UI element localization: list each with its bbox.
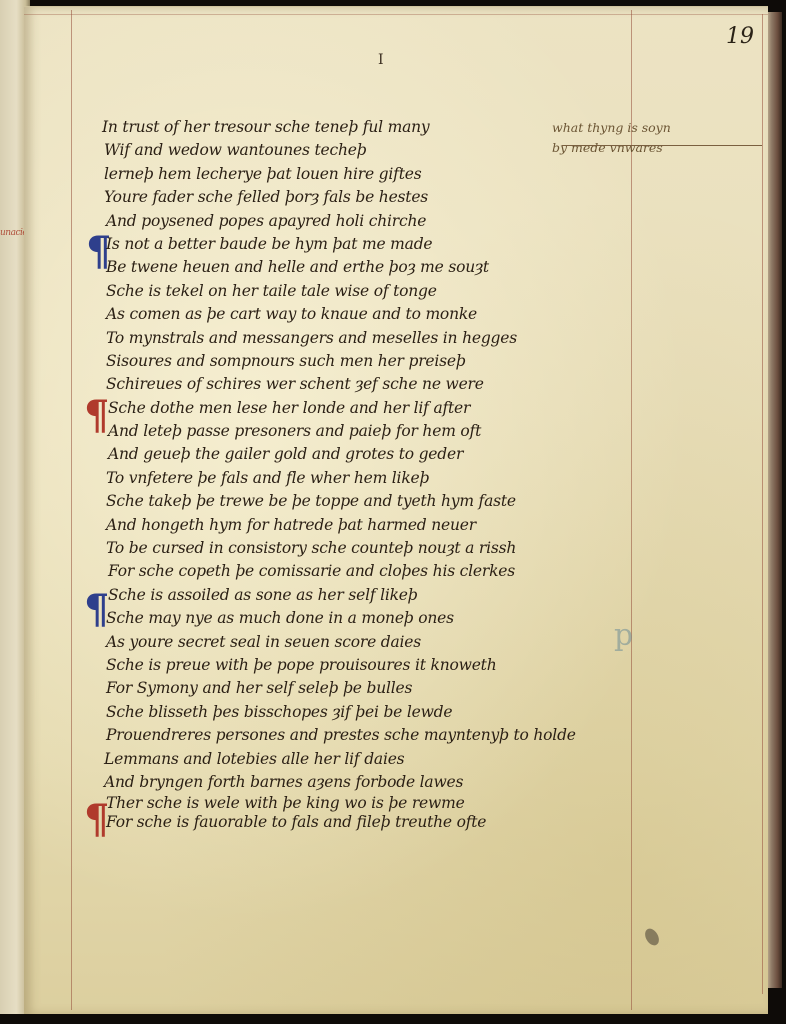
- verse-line: Youre fader sche felled þorȝ fals be hes…: [100, 186, 660, 209]
- quire-mark: I: [378, 52, 384, 68]
- verse-line: Sisoures and sompnours such men her prei…: [100, 350, 660, 373]
- verse-line: And geueþ the gailer gold and grotes to …: [100, 443, 660, 466]
- verse-line: Is not a better baude be hym þat me made: [100, 233, 660, 256]
- verse-line: Be twene heuen and helle and erthe þoȝ m…: [100, 256, 660, 279]
- verse-line: Prouendreres persones and prestes sche m…: [100, 724, 660, 747]
- verse-line: Ther sche is wele with þe king wo is þe …: [100, 794, 660, 812]
- verse-line: For sche is fauorable to fals and fileþ …: [100, 812, 660, 832]
- ruling-line-outer: [762, 14, 763, 994]
- verse-line: Schireues of schires wer schent ȝef sche…: [100, 373, 660, 396]
- verse-line: For sche copeth þe comissarie and cloþes…: [100, 560, 660, 583]
- facing-page-rubric: unacie: [0, 228, 26, 238]
- verse-line: To vnfetere þe fals and fle wher hem lik…: [100, 467, 660, 490]
- verse-line: Sche dothe men lese her londe and her li…: [100, 397, 660, 420]
- ruling-line-left: [71, 10, 72, 1010]
- verse-line: In trust of her tresour sche teneþ ful m…: [100, 116, 660, 139]
- verse-line: Wif and wedow wantounes techeþ: [100, 139, 660, 162]
- verse-line: As youre secret seal in seuen score daie…: [100, 631, 660, 654]
- verse-line: lerneþ hem lecherye þat louen hire gifte…: [100, 163, 660, 186]
- verse-line: Lemmans and lotebies alle her lif daies: [100, 748, 660, 771]
- verse-line: Sche is preue with þe pope prouisoures i…: [100, 654, 660, 677]
- background-shadow: [0, 1014, 786, 1024]
- verse-line: For Symony and her self seleþ þe bulles: [100, 677, 660, 700]
- folio-number: 19: [726, 24, 754, 49]
- verse-line: Sche blisseth þes bisschopes ȝif þei be …: [100, 701, 660, 724]
- verse-line: And poysened popes apayred holi chirche: [100, 210, 660, 233]
- verse-line: As comen as þe cart way to knaue and to …: [100, 303, 660, 326]
- verse-line: And bryngen forth barnes aȝens forbode l…: [100, 771, 660, 794]
- fore-edge: [766, 12, 782, 988]
- verse-line: Sche takeþ þe trewe be þe toppe and tyet…: [100, 490, 660, 513]
- verse-line: And leteþ passe presoners and paieþ for …: [100, 420, 660, 443]
- verse-line: Sche is tekel on her taile tale wise of …: [100, 280, 660, 303]
- verse-line: And hongeth hym for hatrede þat harmed n…: [100, 514, 660, 537]
- verse-text-block: In trust of her tresour sche teneþ ful m…: [100, 116, 660, 832]
- verse-line: Sche is assoiled as sone as her self lik…: [100, 584, 660, 607]
- verse-line: To mynstrals and messangers and meselles…: [100, 327, 660, 350]
- verse-line: Sche may nye as much done in a moneþ one…: [100, 607, 660, 630]
- ruling-line-top: [24, 14, 768, 15]
- verse-line: To be cursed in consistory sche counteþ …: [100, 537, 660, 560]
